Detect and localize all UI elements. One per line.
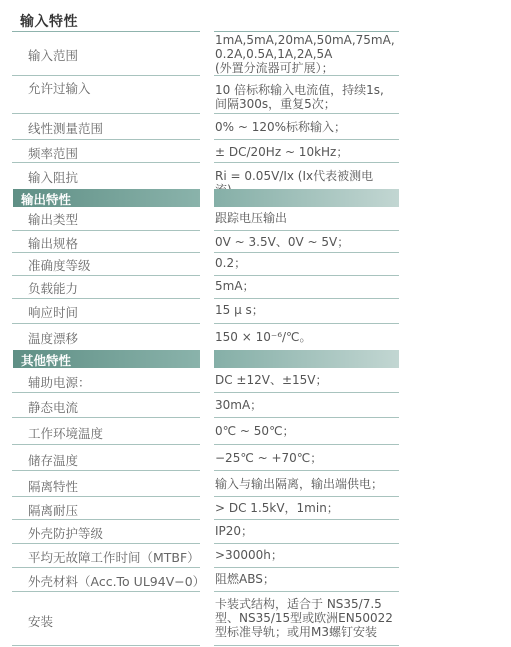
spec-row-overload: 允许过输入 10 倍标称输入电流值，持续1s, 间隔300s，重复5次；: [0, 76, 511, 114]
spec-label: 允许过输入: [28, 79, 91, 97]
spec-value: 10 倍标称输入电流值，持续1s, 间隔300s，重复5次；: [215, 83, 401, 111]
spec-label: 输入范围: [28, 46, 78, 64]
spec-label: 安装: [28, 612, 53, 630]
spec-row-accuracy: 准确度等级 0.2；: [0, 253, 511, 276]
spec-label: 外壳材料（Acc.To UL94V−0）: [28, 572, 205, 590]
spec-row-linear-range: 线性测量范围 0% ~ 120%标称输入；: [0, 114, 511, 140]
spec-row-input-range: 输入范围 1mA,5mA,20mA,50mA,75mA, 0.2A,0.5A,1…: [0, 32, 511, 76]
spec-value: 0℃ ~ 50℃；: [215, 424, 401, 438]
spec-label: 静态电流: [28, 398, 78, 416]
spec-row-operating-temp: 工作环境温度 0℃ ~ 50℃；: [0, 418, 511, 445]
spec-label: 线性测量范围: [28, 119, 103, 137]
spec-value: 卡装式结构，适合于 NS35/7.5 型、NS35/15型或欧洲EN50022 …: [215, 597, 401, 639]
spec-value: >30000h；: [215, 548, 401, 562]
spec-label: 平均无故障工作时间（MTBF）: [28, 548, 200, 566]
section-bar: [214, 189, 399, 207]
section-header-output: 输出特性: [0, 189, 511, 207]
spec-value: −25℃ ~ +70℃；: [215, 451, 401, 465]
section-bar: 其他特性: [13, 350, 200, 368]
section-bar: [214, 350, 399, 368]
spec-value: > DC 1.5kV，1min；: [215, 501, 401, 515]
spec-row-ip-rating: 外壳防护等级 IP20；: [0, 520, 511, 544]
spec-label: 准确度等级: [28, 256, 91, 274]
spec-row-isolation-voltage: 隔离耐压 > DC 1.5kV，1min；: [0, 497, 511, 520]
spec-row-aux-power: 辅助电源： DC ±12V、±15V；: [0, 368, 511, 393]
spec-row-mounting: 安装 卡装式结构，适合于 NS35/7.5 型、NS35/15型或欧洲EN500…: [0, 592, 511, 646]
spec-row-output-spec: 输出规格 0V ~ 3.5V、0V ~ 5V；: [0, 231, 511, 253]
spec-label: 工作环境温度: [28, 424, 103, 442]
spec-row-housing-material: 外壳材料（Acc.To UL94V−0） 阻燃ABS；: [0, 568, 511, 592]
spec-value: 15 μ s；: [215, 303, 401, 317]
spec-row-quiescent-current: 静态电流 30mA；: [0, 393, 511, 418]
spec-value: DC ±12V、±15V；: [215, 373, 401, 387]
spec-value: ± DC/20Hz ~ 10kHz；: [215, 145, 401, 159]
spec-value: 阻燃ABS；: [215, 572, 401, 586]
spec-value: 跟踪电压输出: [215, 211, 401, 225]
spec-value: 0V ~ 3.5V、0V ~ 5V；: [215, 235, 401, 249]
divider: [214, 645, 399, 646]
spec-label: 隔离特性: [28, 477, 78, 495]
spec-value: 输入与输出隔离，输出端供电；: [215, 477, 401, 491]
section-header-other: 其他特性: [0, 350, 511, 368]
spec-value: 1mA,5mA,20mA,50mA,75mA, 0.2A,0.5A,1A,2A,…: [215, 33, 401, 75]
spec-row-impedance: 输入阻抗 Ri = 0.05V/Ix (Ix代表被测电流)。: [0, 163, 511, 189]
spec-value: IP20；: [215, 524, 401, 538]
spec-value: 150 × 10⁻⁶/℃。: [215, 330, 401, 344]
section-title-other: 其他特性: [21, 351, 71, 369]
spec-label: 温度漂移: [28, 329, 78, 347]
section-title-output: 输出特性: [21, 190, 71, 208]
section-bar: 输出特性: [13, 189, 200, 207]
spec-value: 30mA；: [215, 398, 401, 412]
spec-label: 外壳防护等级: [28, 524, 103, 542]
spec-row-output-type: 输出类型 跟踪电压输出: [0, 207, 511, 231]
spec-value: 5mA；: [215, 279, 401, 293]
spec-row-load: 负载能力 5mA；: [0, 276, 511, 299]
spec-row-storage-temp: 储存温度 −25℃ ~ +70℃；: [0, 445, 511, 471]
spec-row-response-time: 响应时间 15 μ s；: [0, 299, 511, 324]
spec-label: 输出类型: [28, 210, 78, 228]
spec-row-frequency: 频率范围 ± DC/20Hz ~ 10kHz；: [0, 140, 511, 163]
spec-label: 储存温度: [28, 451, 78, 469]
spec-label: 负载能力: [28, 279, 78, 297]
spec-label: 输出规格: [28, 234, 78, 252]
spec-label: 隔离耐压: [28, 501, 78, 519]
spec-label: 频率范围: [28, 144, 78, 162]
spec-row-temp-drift: 温度漂移 150 × 10⁻⁶/℃。: [0, 324, 511, 350]
spec-label: 输入阻抗: [28, 168, 78, 186]
spec-value: 0% ~ 120%标称输入；: [215, 120, 401, 134]
section-title-input: 输入特性: [20, 11, 78, 31]
spec-row-mtbf: 平均无故障工作时间（MTBF） >30000h；: [0, 544, 511, 568]
divider: [12, 645, 200, 646]
spec-label: 辅助电源：: [28, 373, 91, 391]
spec-value: 0.2；: [215, 256, 401, 270]
spec-row-isolation: 隔离特性 输入与输出隔离，输出端供电；: [0, 471, 511, 497]
spec-label: 响应时间: [28, 303, 78, 321]
